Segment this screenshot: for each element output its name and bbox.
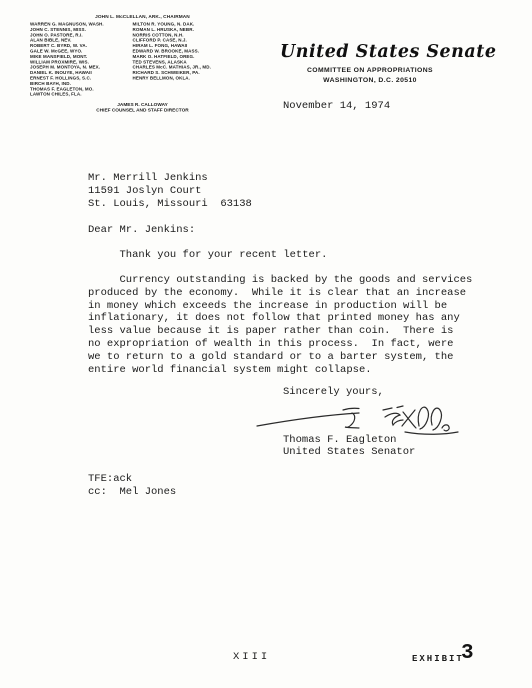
body-paragraph-1: Thank you for your recent letter. [88,249,327,262]
senate-wordmark: United States Senate [280,42,460,62]
body-paragraph-2: Currency outstanding is backed by the go… [88,274,472,376]
scanned-letter-page: JOHN L. McCLELLAN, ARK., CHAIRMAN WARREN… [0,0,532,688]
cc-line: cc: Mel Jones [88,486,176,499]
members-right-column: MILTON R. YOUNG, N. DAK.ROMAN L. HRUSKA,… [133,22,266,98]
senate-letterhead: United States Senate COMMITTEE ON APPROP… [280,42,460,84]
letterhead-roster: JOHN L. McCLELLAN, ARK., CHAIRMAN WARREN… [30,14,270,124]
recipient-address-block: Mr. Merrill Jenkins11591 Joslyn CourtSt.… [88,172,252,210]
page-number: XIII [233,651,270,664]
members-left-column: WARREN G. MAGNUSON, WASH.JOHN C. STENNIS… [30,22,133,98]
recipient-address-line: Mr. Merrill Jenkins [88,172,252,185]
exhibit-label: EXHIBIT [412,653,464,666]
staff-director-title: CHIEF COUNSEL AND STAFF DIRECTOR [30,108,255,114]
committee-name: COMMITTEE ON APPROPRIATIONS [280,67,460,74]
committee-address: WASHINGTON, D.C. 20510 [280,77,460,84]
typist-reference: TFE:ack [88,473,132,486]
exhibit-number: 3 [461,642,474,665]
recipient-address-line: St. Louis, Missouri 63138 [88,198,252,211]
salutation: Dear Mr. Jenkins: [88,224,195,237]
signer-title: United States Senator [283,446,415,459]
recipient-address-line: 11591 Joslyn Court [88,185,252,198]
signer-name: Thomas F. Eagleton [283,434,396,447]
member-name: LAWTON CHILES, FLA. [30,92,133,97]
letter-date: November 14, 1974 [283,100,390,113]
member-name: HENRY BELLMON, OKLA. [133,75,266,80]
chairman-line: JOHN L. McCLELLAN, ARK., CHAIRMAN [30,14,255,20]
closing-line: Sincerely yours, [283,386,384,399]
